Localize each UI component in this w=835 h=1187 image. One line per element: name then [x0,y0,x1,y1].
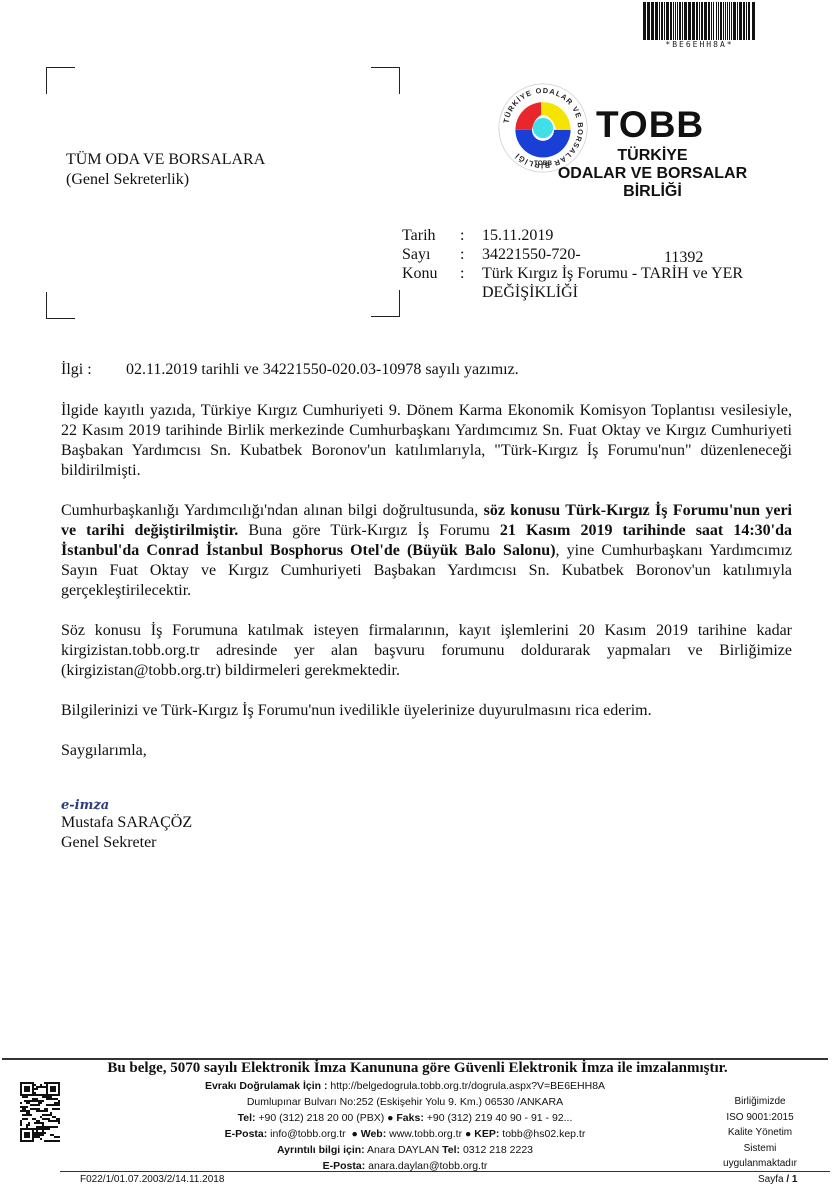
subject-label: Konu [402,264,460,302]
paragraph-text: Cumhurbaşkanlığı Yardımcılığı'ndan alına… [61,502,484,519]
bullet-icon: ● [387,1112,393,1124]
kep-label: KEP: [474,1128,499,1140]
date-value: 15.11.2019 [482,226,802,245]
date-label: Tarih [402,226,460,245]
signatory-name: Mustafa SARAÇÖZ [61,813,192,833]
page-label: Sayfa [758,1174,784,1185]
separator: : [460,226,482,245]
kep-value: tobb@hs02.kep.tr [502,1128,585,1140]
org-name-line: TÜRKİYE [545,147,760,165]
subject-line: Türk Kırgız İş Forumu - TARİH ve YER [482,265,743,282]
tel-label: Tel: [238,1112,256,1124]
iso-certification-note: Birliğimizde ISO 9001:2015 Kalite Yöneti… [700,1094,820,1172]
document-meta: Tarih : 15.11.2019 Sayı : 34221550-720- … [402,226,802,302]
address: Dumlupınar Bulvarı No:252 (Eskişehir Yol… [180,1094,630,1110]
window-corner-mark [46,67,75,94]
signatory-title: Genel Sekreter [61,833,192,853]
e-signature-mark: e-imza [61,799,192,813]
contact-tel: 0312 218 2223 [463,1144,533,1156]
number-suffix: 11392 [664,248,703,267]
tobb-wordmark: TOBB [596,105,704,145]
paragraph: Cumhurbaşkanlığı Yardımcılığı'ndan alına… [61,501,792,601]
form-code: F022/1/01.07.2003/2/14.11.2018 [80,1174,224,1185]
reference-line: İlgi : 02.11.2019 tarihli ve 34221550-02… [61,360,792,380]
e-signature-legal-notice: Bu belge, 5070 sayılı Elektronik İmza Ka… [60,1059,775,1078]
signature-block: e-imza Mustafa SARAÇÖZ Genel Sekreter [61,799,192,853]
separator: : [460,264,482,302]
email-label: E-Posta: [225,1128,268,1140]
iso-line: ISO 9001:2015 [700,1110,820,1126]
paragraph: Bilgilerinizi ve Türk-Kırgız İş Forumu'n… [61,701,792,721]
letter-body: İlgi : 02.11.2019 tarihli ve 34221550-02… [61,360,792,761]
fax-label: Faks: [396,1112,423,1124]
organization-name: TÜRKİYE ODALAR VE BORSALAR BİRLİĞİ [545,147,760,201]
footer-contact-info: Evrakı Doğrulamak İçin : http://belgedog… [180,1078,630,1174]
web-label: Web: [361,1128,386,1140]
paragraph: Söz konusu İş Forumuna katılmak isteyen … [61,621,792,681]
reference-text: 02.11.2019 tarihli ve 34221550-020.03-10… [126,360,519,380]
footer-divider [60,1171,830,1172]
verify-label: Evrakı Doğrulamak İçin : [205,1080,328,1092]
window-corner-mark [46,292,75,319]
tel-label: Tel: [442,1144,460,1156]
fax-value: +90 (312) 219 40 90 - 91 - 92... [427,1112,573,1124]
recipient-name: TÜM ODA VE BORSALARA [66,150,265,170]
subject-line: DEĞİŞİKLİĞİ [482,284,578,301]
bullet-icon: ● [351,1128,357,1140]
recipient-department: (Genel Sekreterlik) [66,170,265,190]
page-number: Sayfa / 1 [758,1174,797,1185]
subject-value: Türk Kırgız İş Forumu - TARİH ve YER DEĞ… [482,264,802,302]
tel-value: +90 (312) 218 20 00 (PBX) [258,1112,384,1124]
window-corner-mark [371,290,400,317]
verify-link[interactable]: http://belgedogrula.tobb.org.tr/dogrula.… [330,1080,605,1092]
bullet-icon: ● [465,1128,471,1140]
window-corner-mark [371,67,400,94]
recipient-block: TÜM ODA VE BORSALARA (Genel Sekreterlik) [66,150,265,190]
email-link[interactable]: info@tobb.org.tr [270,1128,345,1140]
barcode-image [643,2,756,40]
page-value: / 1 [786,1174,797,1185]
number-value: 34221550-720- [482,245,802,264]
reference-label: İlgi : [61,360,126,380]
iso-line: Kalite Yönetim [700,1125,820,1141]
barcode-text: *BE6EHH8A* [643,40,756,49]
org-name-line: BİRLİĞİ [545,183,760,201]
closing: Saygılarımla, [61,741,792,761]
web-link[interactable]: www.tobb.org.tr [389,1128,462,1140]
detail-label: Ayrıntılı bilgi için: [277,1144,365,1156]
contact-name: Anara DAYLAN [367,1144,439,1156]
iso-line: Birliğimizde [700,1094,820,1110]
iso-line: Sistemi [700,1141,820,1157]
paragraph-text: Buna göre Türk-Kırgız İş Forumu [238,522,500,539]
org-name-line: ODALAR VE BORSALAR [545,165,760,183]
paragraph: İlgide kayıtlı yazıda, Türkiye Kırgız Cu… [61,401,792,481]
number-label: Sayı [402,245,460,264]
qr-code-image[interactable] [20,1082,60,1142]
iso-line: uygulanmaktadır [700,1156,820,1172]
separator: : [460,245,482,264]
